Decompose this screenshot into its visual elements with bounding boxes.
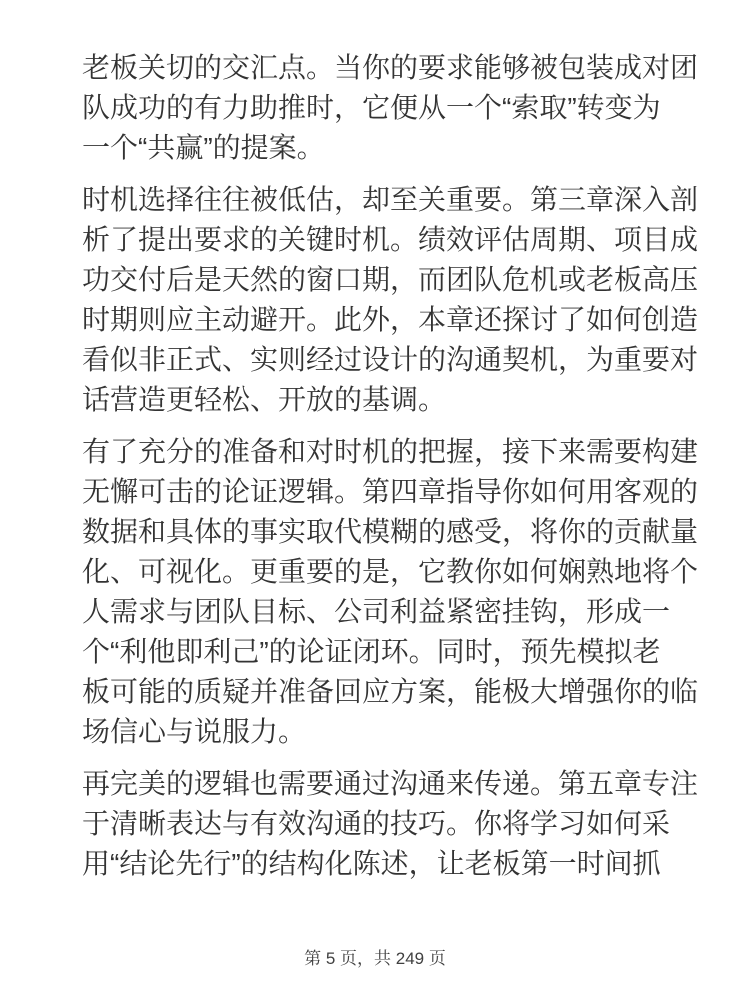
page-indicator: 第 5 页，共 249 页 (304, 949, 446, 968)
text-line: 板可能的质疑并准备回应方案，能极大增强你的临 (82, 672, 704, 712)
text-line: 用“结论先行”的结构化陈述，让老板第一时间抓 (82, 844, 704, 884)
text-line: 数据和具体的事实取代模糊的感受，将你的贡献量 (82, 512, 704, 552)
text-line: 化、可视化。更重要的是，它教你如何娴熟地将个 (82, 552, 704, 592)
text-line: 一个“共赢”的提案。 (82, 128, 704, 168)
text-line: 人需求与团队目标、公司利益紧密挂钩，形成一 (82, 592, 704, 632)
text-line: 老板关切的交汇点。当你的要求能够被包装成对团 (82, 48, 704, 88)
text-line: 个“利他即利己”的论证闭环。同时，预先模拟老 (82, 632, 704, 672)
paragraph-1: 老板关切的交汇点。当你的要求能够被包装成对团 队成功的有力助推时，它便从一个“索… (82, 48, 704, 168)
text-line: 再完美的逻辑也需要通过沟通来传递。第五章专注 (82, 764, 704, 804)
page-content: 老板关切的交汇点。当你的要求能够被包装成对团 队成功的有力助推时，它便从一个“索… (82, 48, 704, 896)
text-line: 有了充分的准备和对时机的把握，接下来需要构建 (82, 432, 704, 472)
text-line: 看似非正式、实则经过设计的沟通契机，为重要对 (82, 340, 704, 380)
paragraph-3: 有了充分的准备和对时机的把握，接下来需要构建 无懈可击的论证逻辑。第四章指导你如… (82, 432, 704, 752)
paragraph-4: 再完美的逻辑也需要通过沟通来传递。第五章专注 于清晰表达与有效沟通的技巧。你将学… (82, 764, 704, 884)
page-footer: 第 5 页，共 249 页 (0, 948, 750, 970)
text-line: 于清晰表达与有效沟通的技巧。你将学习如何采 (82, 804, 704, 844)
text-line: 析了提出要求的关键时机。绩效评估周期、项目成 (82, 220, 704, 260)
paragraph-2: 时机选择往往被低估，却至关重要。第三章深入剖 析了提出要求的关键时机。绩效评估周… (82, 180, 704, 420)
text-line: 时期则应主动避开。此外，本章还探讨了如何创造 (82, 300, 704, 340)
text-line: 无懈可击的论证逻辑。第四章指导你如何用客观的 (82, 472, 704, 512)
text-line: 话营造更轻松、开放的基调。 (82, 380, 704, 420)
document-page: 老板关切的交汇点。当你的要求能够被包装成对团 队成功的有力助推时，它便从一个“索… (0, 0, 750, 1000)
text-line: 功交付后是天然的窗口期，而团队危机或老板高压 (82, 260, 704, 300)
text-line: 时机选择往往被低估，却至关重要。第三章深入剖 (82, 180, 704, 220)
text-line: 队成功的有力助推时，它便从一个“索取”转变为 (82, 88, 704, 128)
text-line: 场信心与说服力。 (82, 712, 704, 752)
